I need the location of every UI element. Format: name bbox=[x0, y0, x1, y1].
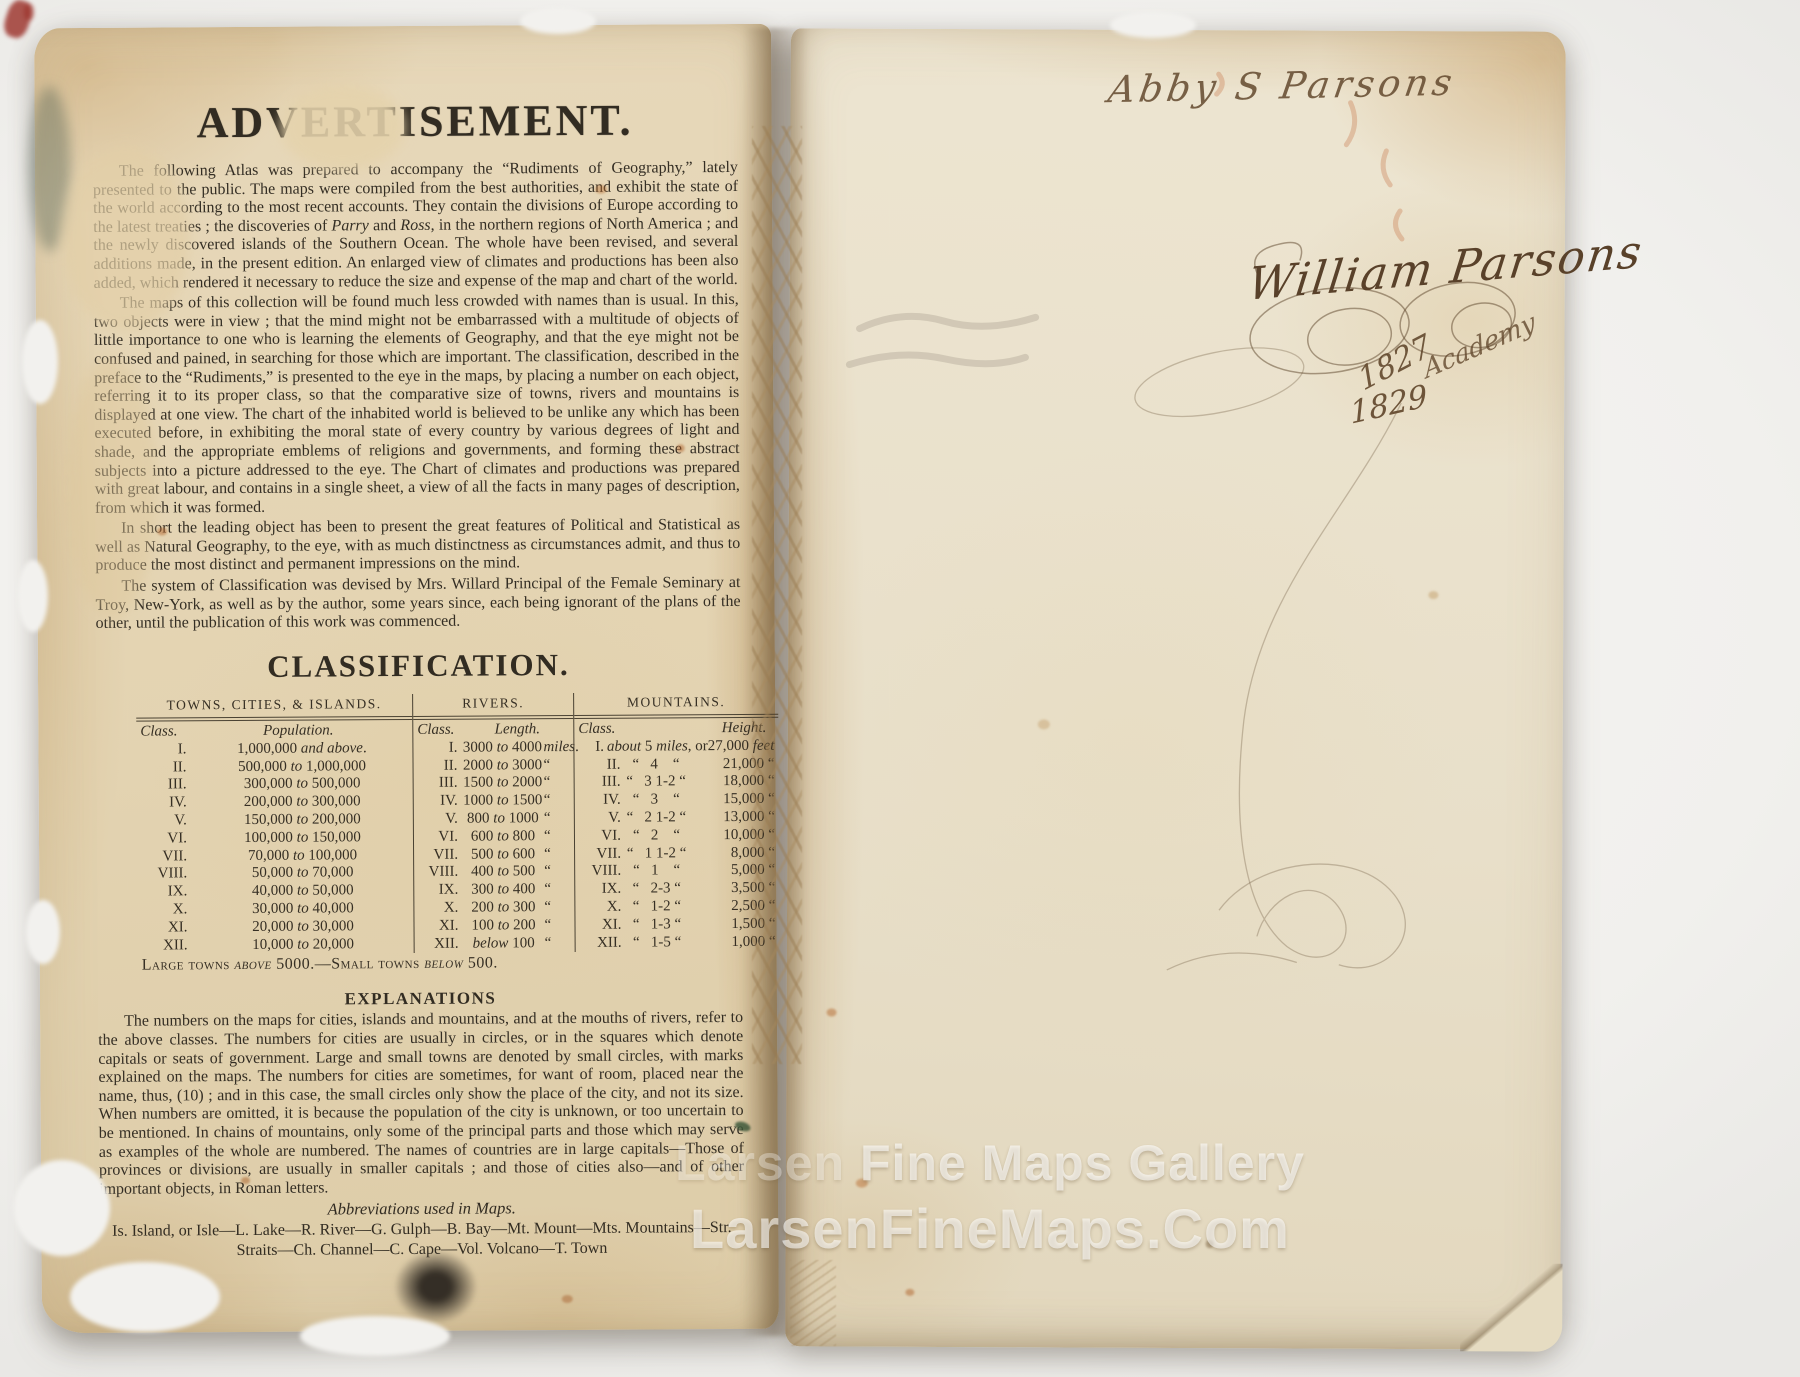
table-row: I. 3000 to 4000 miles. bbox=[413, 739, 573, 758]
column-header: RIVERS. bbox=[413, 693, 573, 720]
table-row: VIII. 50,000 to 70,000 bbox=[137, 864, 413, 883]
red-mark bbox=[24, 4, 34, 20]
table-row: II. 500,000 to 1,000,000 bbox=[136, 758, 412, 777]
classification-column-rivers: RIVERS. Class. Length. I. 3000 to 4000 m… bbox=[412, 693, 575, 954]
paper-damage bbox=[280, 84, 405, 171]
table-row: XI. 100 to 200 “ bbox=[414, 917, 574, 936]
class-label: Class. bbox=[140, 723, 188, 740]
advertisement-paragraph: In short the leading object has been to … bbox=[95, 516, 740, 576]
ink-blot bbox=[393, 1250, 477, 1325]
table-row: VI. 100,000 to 150,000 bbox=[137, 829, 413, 848]
torn-edge bbox=[70, 1262, 220, 1332]
torn-edge bbox=[1110, 12, 1196, 38]
table-row: IX. 300 to 400 “ bbox=[414, 881, 574, 900]
classification-column-towns: TOWNS, CITIES, & ISLANDS. Class. Populat… bbox=[136, 694, 414, 955]
rivers-rows: I. 3000 to 4000 miles. II. 2000 to 3000 … bbox=[413, 739, 574, 954]
explanations-text: The numbers on the maps for cities, isla… bbox=[98, 1009, 744, 1199]
column-header: TOWNS, CITIES, & ISLANDS. bbox=[136, 694, 412, 722]
paper-damage bbox=[61, 145, 190, 331]
class-label: Class. bbox=[578, 721, 626, 738]
explanations-heading: EXPLANATIONS bbox=[98, 987, 743, 1011]
page-stack-edges bbox=[790, 1260, 836, 1346]
table-row: V. 800 to 1000 “ bbox=[414, 810, 574, 829]
table-row: II. 2000 to 3000 “ bbox=[413, 757, 573, 776]
table-row: XII. below 100 “ bbox=[415, 935, 575, 954]
table-row: XII. 10,000 to 20,000 bbox=[138, 936, 414, 955]
towns-size-footnote: Large towns above 5000.—Small towns belo… bbox=[142, 953, 762, 975]
towns-rows: I. 1,000,000 and above. II. 500,000 to 1… bbox=[136, 740, 413, 955]
table-row: V. 150,000 to 200,000 bbox=[137, 811, 413, 830]
right-page: Abby S Parsons William Parsons 1827 Acad… bbox=[785, 28, 1566, 1349]
pen-flourish bbox=[785, 28, 1566, 1349]
table-row: IX. 40,000 to 50,000 bbox=[137, 882, 413, 901]
table-row: IV. 1000 to 1500 “ bbox=[414, 792, 574, 811]
advertisement-paragraph: The system of Classification was devised… bbox=[95, 574, 740, 634]
torn-edge bbox=[520, 8, 596, 34]
table-row: VIII. 400 to 500 “ bbox=[414, 863, 574, 882]
torn-edge bbox=[26, 900, 60, 964]
classification-heading: CLASSIFICATION. bbox=[96, 646, 741, 686]
torn-edge bbox=[300, 1316, 450, 1356]
table-row: VII. 500 to 600 “ bbox=[414, 846, 574, 865]
torn-edge bbox=[18, 560, 48, 632]
binding-stitches bbox=[752, 126, 802, 1064]
table-row: VII. 70,000 to 100,000 bbox=[137, 847, 413, 866]
column-subheader: Class. Population. bbox=[136, 720, 412, 742]
table-row: X. 30,000 to 40,000 bbox=[137, 900, 413, 919]
table-row: III. 300,000 to 500,000 bbox=[137, 775, 413, 794]
classification-table: TOWNS, CITIES, & ISLANDS. Class. Populat… bbox=[136, 692, 780, 955]
class-label: Class. bbox=[417, 721, 465, 738]
table-row: IV. 200,000 to 300,000 bbox=[137, 793, 413, 812]
column-subheader: Class. Length. bbox=[413, 719, 573, 740]
table-row: VI. 600 to 800 “ bbox=[414, 828, 574, 847]
table-row: XI. 20,000 to 30,000 bbox=[137, 918, 413, 937]
handwritten-owner-name: Abby S Parsons bbox=[1105, 61, 1458, 112]
table-row: I. 1,000,000 and above. bbox=[136, 740, 412, 759]
torn-edge bbox=[22, 320, 58, 404]
abbreviations-heading: Abbreviations used in Maps. bbox=[99, 1197, 744, 1221]
length-label: Length. bbox=[465, 721, 569, 739]
left-page: ADVERTISEMENT. The following Atlas was p… bbox=[34, 24, 779, 1333]
page-title: ADVERTISEMENT. bbox=[92, 94, 737, 149]
advertisement-paragraph: The maps of this collection will be foun… bbox=[94, 291, 740, 518]
torn-edge bbox=[14, 1160, 110, 1256]
table-row: X. 200 to 300 “ bbox=[414, 899, 574, 918]
population-label: Population. bbox=[188, 722, 408, 740]
advertisement-paragraph: The following Atlas was prepared to acco… bbox=[93, 159, 739, 293]
table-row: III. 1500 to 2000 “ bbox=[414, 774, 574, 793]
